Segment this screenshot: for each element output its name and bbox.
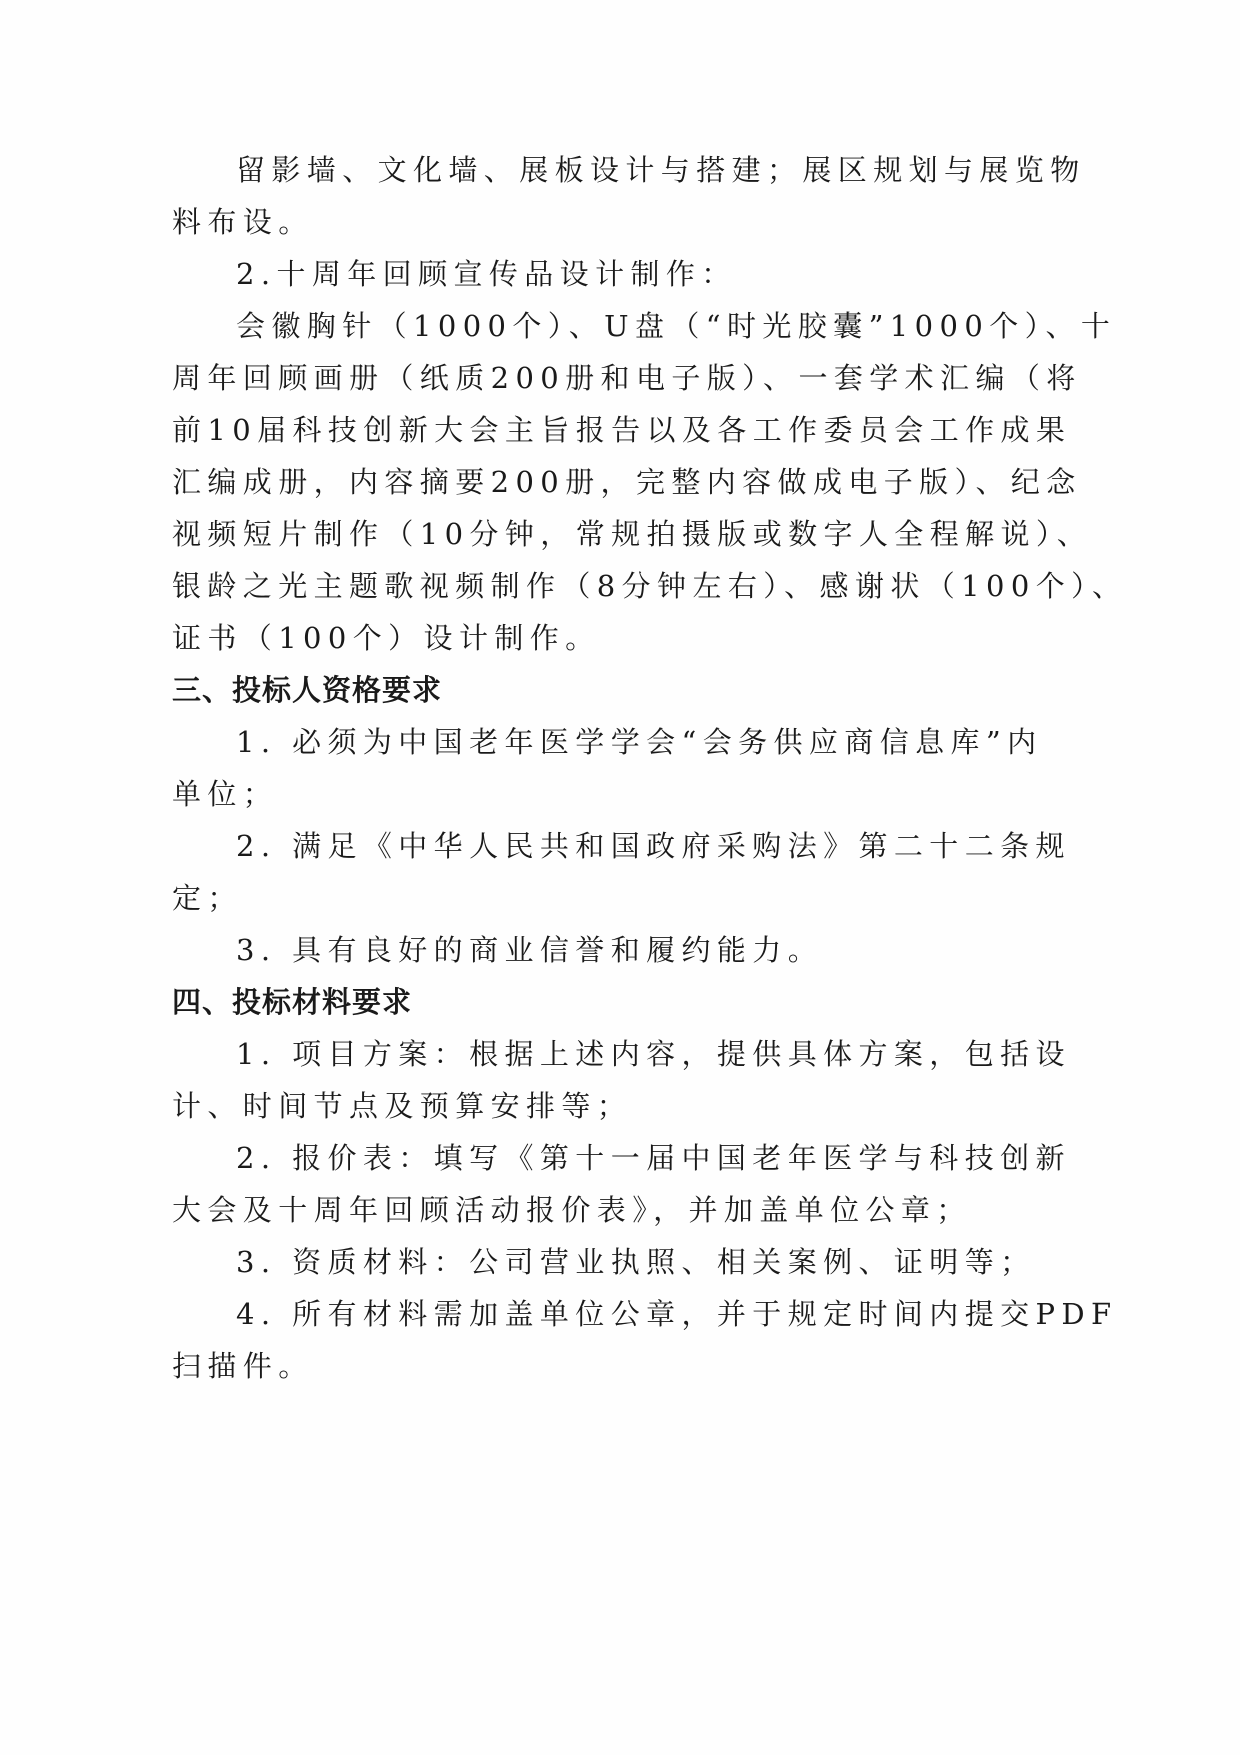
list-item-line: 定；: [172, 878, 947, 918]
section-heading-bid-materials: 四、投标材料要求: [172, 982, 947, 1022]
list-item-line: 单位；: [172, 774, 947, 814]
list-item-line: 3. 具有良好的商业信誉和履约能力。: [236, 930, 947, 970]
document-page: 留影墙、文化墙、展板设计与搭建；展区规划与展览物 料布设。 2.十周年回顾宣传品…: [0, 0, 1240, 1755]
list-item-line: 3. 资质材料：公司营业执照、相关案例、证明等；: [236, 1242, 947, 1282]
list-item-line: 2. 报价表：填写《第十一届中国老年医学与科技创新: [236, 1138, 947, 1178]
paragraph-line: 料布设。: [172, 202, 947, 242]
list-item-line: 1. 必须为中国老年医学学会“会务供应商信息库”内: [236, 722, 947, 762]
subsection-title: 2.十周年回顾宣传品设计制作：: [236, 254, 947, 294]
paragraph-line: 会徽胸针（1000个）、U盘（“时光胶囊”1000个）、十: [236, 306, 947, 346]
paragraph-line: 银龄之光主题歌视频制作（8分钟左右）、感谢状（100个）、: [172, 566, 947, 606]
list-item-line: 4. 所有材料需加盖单位公章，并于规定时间内提交PDF: [236, 1294, 947, 1334]
list-item-line: 1. 项目方案：根据上述内容，提供具体方案，包括设: [236, 1034, 947, 1074]
list-item-line: 扫描件。: [172, 1346, 947, 1386]
paragraph-line: 留影墙、文化墙、展板设计与搭建；展区规划与展览物: [236, 150, 947, 190]
list-item-line: 计、时间节点及预算安排等；: [172, 1086, 947, 1126]
paragraph-line: 汇编成册，内容摘要200册，完整内容做成电子版）、纪念: [172, 462, 947, 502]
paragraph-line: 周年回顾画册（纸质200册和电子版）、一套学术汇编（将: [172, 358, 947, 398]
list-item-line: 2. 满足《中华人民共和国政府采购法》第二十二条规: [236, 826, 947, 866]
paragraph-line: 证书（100个）设计制作。: [172, 618, 947, 658]
section-heading-bidder-qualifications: 三、投标人资格要求: [172, 670, 947, 710]
paragraph-line: 前10届科技创新大会主旨报告以及各工作委员会工作成果: [172, 410, 947, 450]
list-item-line: 大会及十周年回顾活动报价表》，并加盖单位公章；: [172, 1190, 947, 1230]
paragraph-line: 视频短片制作（10分钟，常规拍摄版或数字人全程解说）、: [172, 514, 947, 554]
